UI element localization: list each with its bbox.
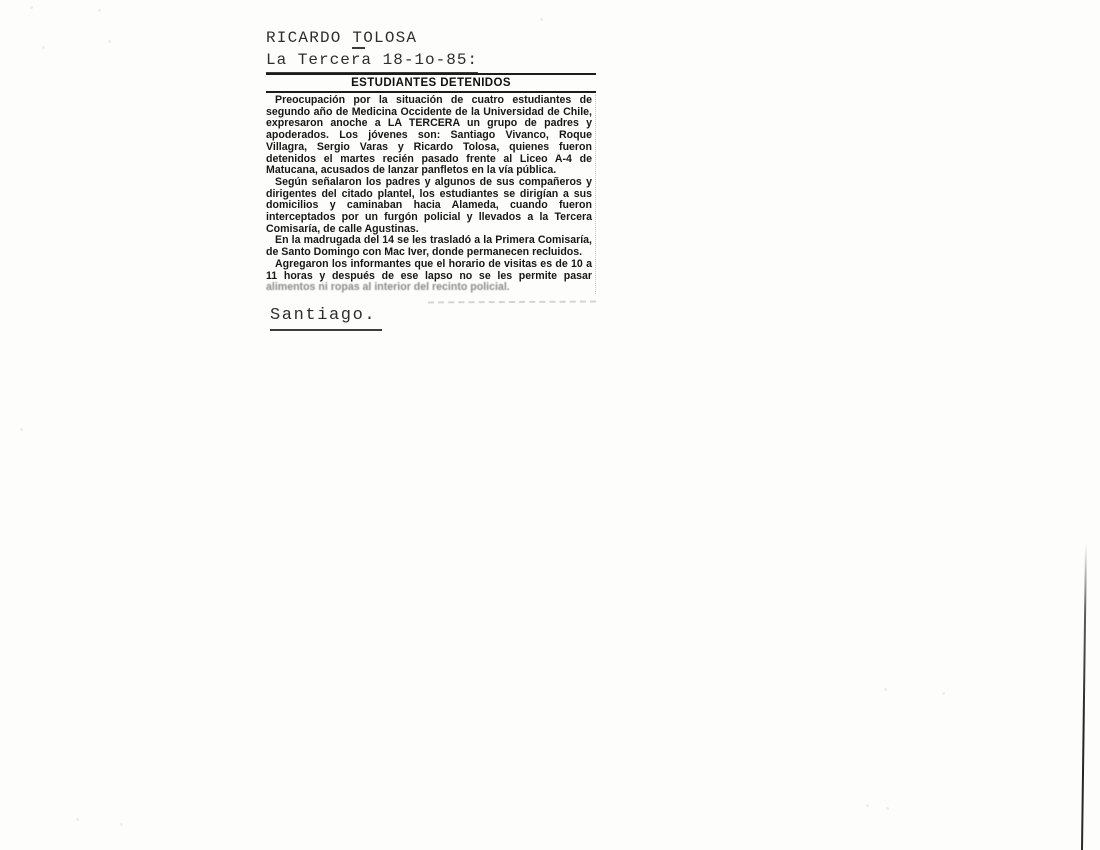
- clipping-paragraph: Según señalaron los padres y algunos de …: [266, 177, 592, 236]
- scan-speck: [42, 46, 45, 49]
- scan-speck: [120, 823, 123, 826]
- scan-speck: [98, 9, 101, 12]
- scan-speck: [884, 688, 887, 691]
- typed-source-date-line: La Tercera 18-1o-85:: [266, 51, 478, 74]
- clipping-paragraph: Agregaron los informantes que el horario…: [266, 259, 592, 294]
- scan-speck: [108, 40, 111, 43]
- clipping-body: Preocupación por la situación de cuatro …: [266, 95, 596, 294]
- clipping-paragraph-text: Agregaron los informantes que el horario…: [266, 258, 592, 282]
- clipping-paragraph: En la madrugada del 14 se les trasladó a…: [266, 235, 592, 258]
- scan-speck: [76, 818, 79, 821]
- newspaper-clipping: ESTUDIANTES DETENIDOS Preocupación por l…: [266, 73, 596, 294]
- scan-speck: [886, 807, 889, 810]
- clipping-headline: ESTUDIANTES DETENIDOS: [266, 73, 596, 93]
- typed-city-line: Santiago.: [270, 306, 382, 331]
- typewriter-underline-mark: [352, 47, 365, 49]
- scan-speck: [30, 6, 33, 9]
- page-edge-crease-line: [1081, 544, 1087, 850]
- scan-speck: [540, 18, 543, 21]
- scan-speck: [942, 692, 945, 695]
- scanned-document-page: RICARDO TOLOSA La Tercera 18-1o-85: ESTU…: [0, 0, 1100, 850]
- scan-speck: [20, 428, 23, 431]
- clipping-paragraph: Preocupación por la situación de cuatro …: [266, 95, 592, 177]
- typed-author-name: RICARDO TOLOSA: [266, 29, 417, 47]
- scan-speck: [866, 804, 869, 807]
- scan-smudge-marks: [428, 301, 596, 304]
- faded-print-text: alimentos ni ropas al interior del recin…: [266, 281, 510, 293]
